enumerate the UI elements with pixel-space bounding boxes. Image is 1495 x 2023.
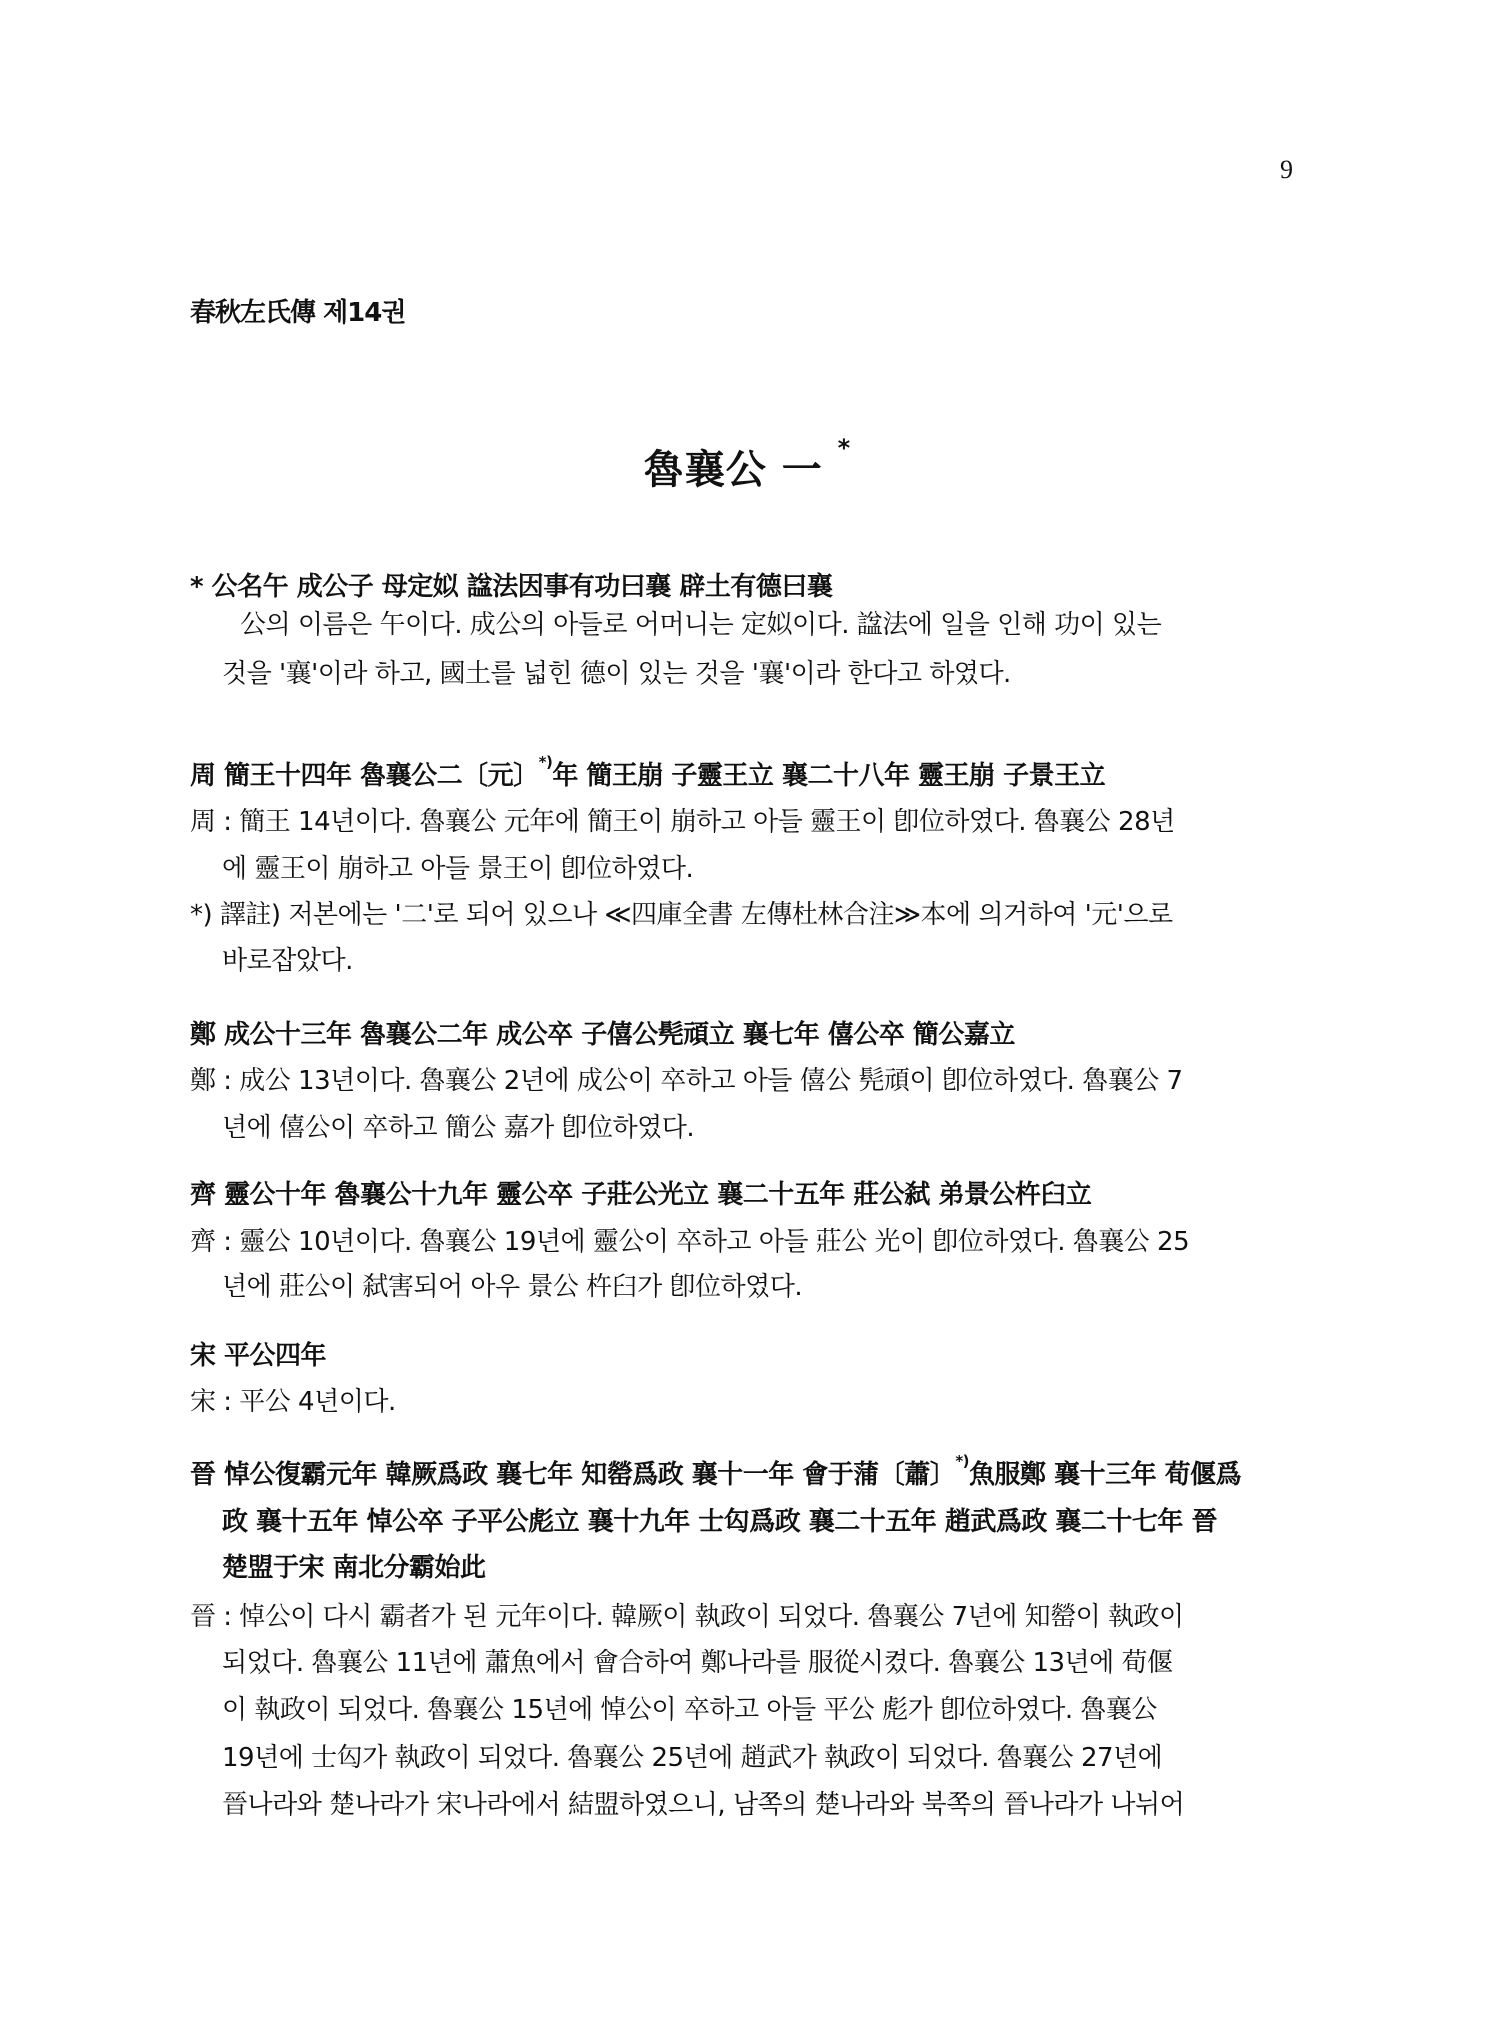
section-zheng-original: 鄭 成公十三年 魯襄公二年 成公卒 子僖公髡頑立 襄七年 僖公卒 簡公嘉立: [190, 1014, 1015, 1051]
chapter-title: 魯襄公 一 *: [0, 438, 1495, 495]
section-zhou-translation-line: 周 : 簡王 14년이다. 魯襄公 元年에 簡王이 崩하고 아들 靈王이 卽位하…: [190, 801, 1175, 838]
section-jin-translation-line: 19년에 士匃가 執政이 되었다. 魯襄公 25년에 趙武가 執政이 되었다. …: [222, 1737, 1162, 1774]
page-number: 9: [1280, 155, 1293, 185]
section-song-original: 宋 平公四年: [190, 1335, 326, 1372]
section-zhou-translation-line: 에 靈王이 崩하고 아들 景王이 卽位하였다.: [222, 848, 693, 885]
footnote-ref: *): [955, 1452, 969, 1470]
section-jin-translation-line: 晉나라와 楚나라가 宋나라에서 結盟하였으니, 남쪽의 楚나라와 북쪽의 晉나라…: [222, 1784, 1184, 1821]
section-zheng-translation-line: 년에 僖公이 卒하고 簡公 嘉가 卽位하였다.: [222, 1107, 694, 1144]
section-song-translation-line: 宋 : 平公 4년이다.: [190, 1381, 396, 1418]
section-zhou-original: 周 簡王十四年 魯襄公二〔元〕*)年 簡王崩 子靈王立 襄二十八年 靈王崩 子景…: [190, 755, 1105, 792]
section-zheng-translation-line: 鄭 : 成公 13년이다. 魯襄公 2년에 成公이 卒하고 아들 僖公 髡頑이 …: [190, 1060, 1183, 1097]
section-jin-translation-line: 이 執政이 되었다. 魯襄公 15년에 悼公이 卒하고 아들 平公 彪가 卽位하…: [222, 1689, 1157, 1726]
chapter-footnote-mark: *: [838, 434, 852, 462]
section-jin-translation-line: 晉 : 悼公이 다시 霸者가 된 元年이다. 韓厥이 執政이 되었다. 魯襄公 …: [190, 1596, 1184, 1633]
section-jin-original: 晉 悼公復霸元年 韓厥爲政 襄七年 知罃爲政 襄十一年 會于蒲〔蕭〕*)魚服鄭 …: [190, 1454, 1241, 1491]
intro-note-original: * 公名午 成公子 母定姒 諡法因事有功曰襄 辟土有德曰襄: [190, 566, 832, 603]
running-header: 春秋左氏傳 제14권: [190, 292, 405, 329]
section-jin-original-line: 楚盟于宋 南北分霸始此: [222, 1547, 486, 1584]
chapter-title-text: 魯襄公 一: [644, 447, 823, 493]
section-zhou-footnote-line: *) 譯註) 저본에는 '二'로 되어 있으나 ≪四庫全書 左傳杜林合注≫本에 …: [190, 894, 1173, 931]
section-qi-translation-line: 齊 : 靈公 10년이다. 魯襄公 19년에 靈公이 卒하고 아들 莊公 光이 …: [190, 1221, 1189, 1258]
section-zhou-footnote-line: 바로잡았다.: [222, 940, 353, 977]
footnote-ref: *): [539, 753, 553, 771]
section-qi-translation-line: 년에 莊公이 弑害되어 아우 景公 杵臼가 卽位하였다.: [222, 1266, 802, 1303]
section-qi-original: 齊 靈公十年 魯襄公十九年 靈公卒 子莊公光立 襄二十五年 莊公弑 弟景公杵臼立: [190, 1174, 1091, 1211]
section-jin-translation-line: 되었다. 魯襄公 11년에 蕭魚에서 會合하여 鄭나라를 服從시켰다. 魯襄公 …: [222, 1642, 1173, 1679]
section-jin-original-line: 政 襄十五年 悼公卒 子平公彪立 襄十九年 士匃爲政 襄二十五年 趙武爲政 襄二…: [222, 1501, 1217, 1538]
intro-note-translation-line: 것을 '襄'이라 하고, 國土를 넓힌 德이 있는 것을 '襄'이라 한다고 하…: [222, 653, 1011, 690]
intro-note-translation-line: 公의 이름은 午이다. 成公의 아들로 어머니는 定姒이다. 諡法에 일을 인해…: [240, 604, 1161, 641]
